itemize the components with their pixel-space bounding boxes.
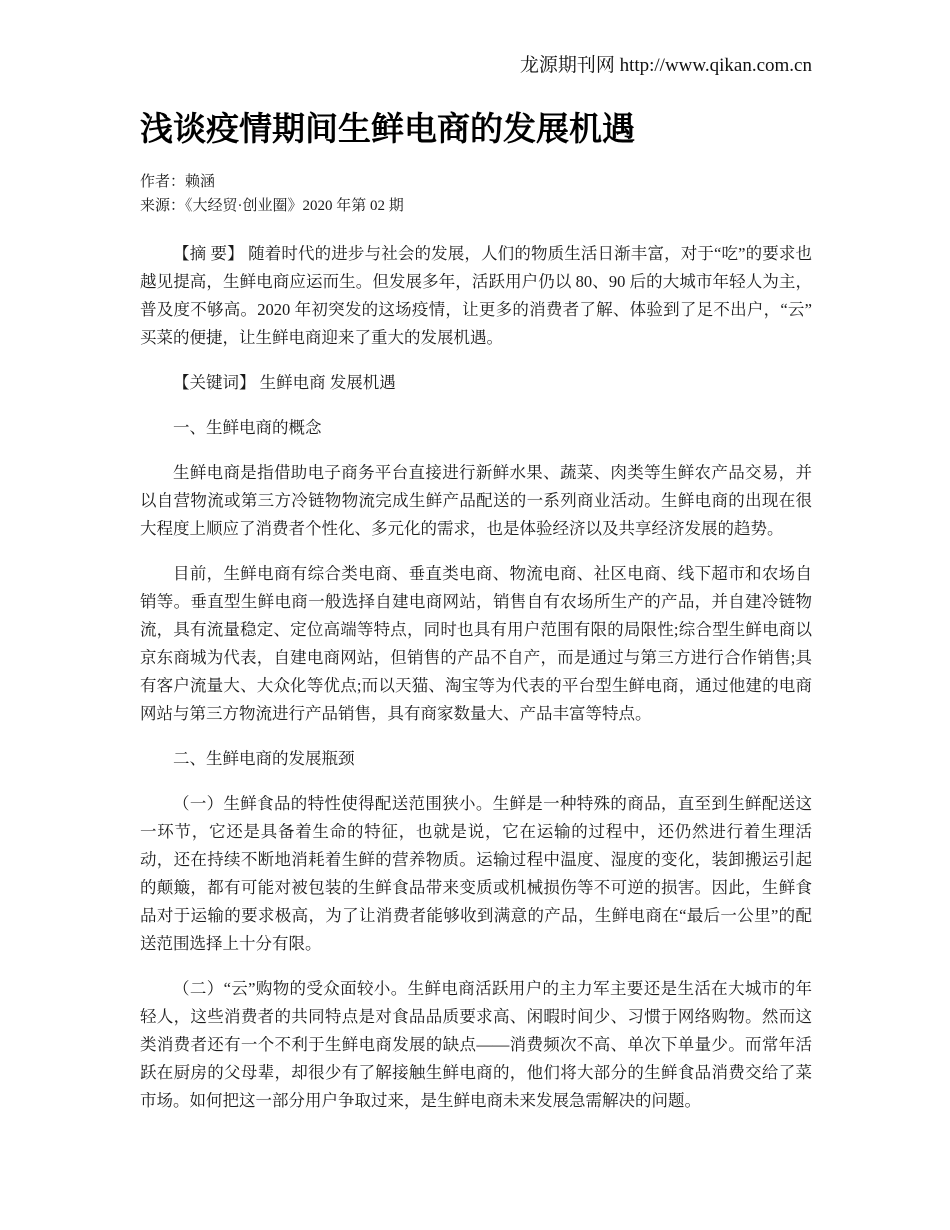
journal-site-header: 龙源期刊网 http://www.qikan.com.cn [140,55,812,77]
source-line: 来源：《大经贸·创业圈》2020 年第 02 期 [140,194,812,218]
document-page: 龙源期刊网 http://www.qikan.com.cn 浅谈疫情期间生鲜电商… [0,0,950,1230]
section-1-paragraph-1: 生鲜电商是指借助电子商务平台直接进行新鲜水果、蔬菜、肉类等生鲜农产品交易，并以自… [140,459,812,543]
section-heading-1: 一、生鲜电商的概念 [140,414,812,442]
section-1-paragraph-2: 目前，生鲜电商有综合类电商、垂直类电商、物流电商、社区电商、线下超市和农场自销等… [140,560,812,728]
author-line: 作者：赖涵 [140,170,812,194]
section-2-paragraph-2: （二）“云”购物的受众面较小。生鲜电商活跃用户的主力军主要还是生活在大城市的年轻… [140,975,812,1115]
section-heading-2: 二、生鲜电商的发展瓶颈 [140,745,812,773]
section-2-paragraph-1: （一）生鲜食品的特性使得配送范围狭小。生鲜是一种特殊的商品，直至到生鲜配送这一环… [140,790,812,958]
abstract-paragraph: 【摘 要】 随着时代的进步与社会的发展，人们的物质生活日渐丰富，对于“吃”的要求… [140,240,812,352]
keywords-line: 【关键词】 生鲜电商 发展机遇 [140,369,812,397]
article-title: 浅谈疫情期间生鲜电商的发展机遇 [140,108,812,150]
